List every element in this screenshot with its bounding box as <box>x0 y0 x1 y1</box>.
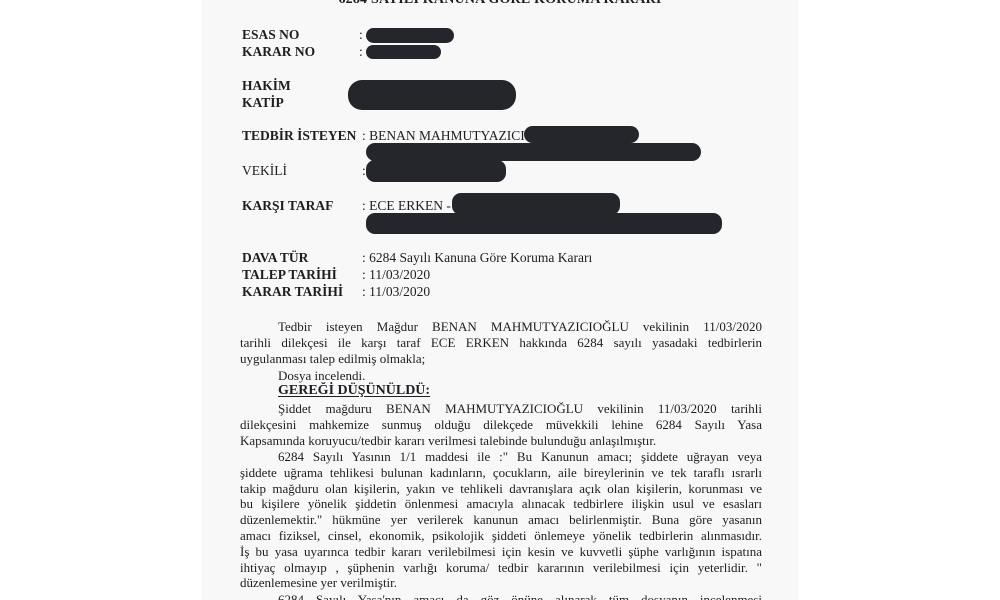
text-line: Kapsamında koruyucu/tedbir kararı verilm… <box>240 433 762 449</box>
karar-tarihi-text: 11/03/2020 <box>369 284 430 299</box>
text-line: ihtiyaç olmayıp , şüphenin varlığı korum… <box>240 560 762 576</box>
label-karsi-taraf: KARŞI TARAF <box>242 198 333 214</box>
label-katip: KATİP <box>242 95 284 111</box>
text-line: düzenlemektir." hükmüne yer verilerek ka… <box>240 512 762 528</box>
value-dava-tur: : 6284 Sayılı Kanuna Göre Koruma Kararı <box>362 250 592 266</box>
label-tedbir-isteyen: TEDBİR İSTEYEN <box>242 128 356 144</box>
redaction-esas-no <box>366 28 454 43</box>
document-page: 6284 SAYILI KANUNA GÖRE KORUMA KARARI ES… <box>202 0 798 600</box>
redaction-karsi-taraf-2 <box>366 213 722 234</box>
text-line: İş bu yasa uyarınca tedbir kararı verile… <box>240 544 762 560</box>
redaction-karsi-taraf-1 <box>452 193 620 215</box>
text-line: tarihli dilekçesi ile karşı taraf ECE ER… <box>240 335 762 351</box>
label-karar-tarihi: KARAR TARİHİ <box>242 284 343 300</box>
paragraph-partial: 6284 Sayılı Yasa'nın amacı da göz önüne … <box>240 592 762 600</box>
label-hakim: HAKİM <box>242 78 291 94</box>
paragraph-request: Tedbir isteyen Mağdur BENAN MAHMUTYAZICI… <box>240 319 762 366</box>
value-karsi-taraf: : ECE ERKEN - <box>362 198 451 214</box>
label-dava-tur: DAVA TÜR <box>242 250 308 266</box>
karsi-taraf-name: ECE ERKEN - <box>369 198 451 213</box>
label-karar-no: KARAR NO <box>242 44 315 60</box>
redaction-vekili <box>366 160 506 182</box>
dava-tur-text: 6284 Sayılı Kanuna Göre Koruma Kararı <box>369 250 592 265</box>
label-vekili: VEKİLİ <box>242 163 287 179</box>
text-line: 6284 Sayılı Yasa'nın amacı da göz önüne … <box>240 592 762 600</box>
value-karar-tarihi: : 11/03/2020 <box>362 284 430 300</box>
karar-no-separator: : <box>359 44 363 60</box>
value-talep-tarihi: : 11/03/2020 <box>362 267 430 283</box>
esas-no-separator: : <box>359 27 363 43</box>
text-line: Tedbir isteyen Mağdur BENAN MAHMUTYAZICI… <box>240 319 762 335</box>
paragraph-law-purpose: 6284 Sayılı Yasının 1/1 maddesi ile :" B… <box>240 449 762 591</box>
talep-tarihi-text: 11/03/2020 <box>369 267 430 282</box>
text-line: bu kişilere yönelik şiddetin önlenmesi a… <box>240 496 762 512</box>
text-line: şiddete uğrama tehlikesi bulunan kadınla… <box>240 465 762 481</box>
paragraph-victim-request: Şiddet mağduru BENAN MAHMUTYAZICIOĞLU ve… <box>240 401 762 448</box>
paragraph-dosya-incelendi: Dosya incelendi. <box>278 368 365 384</box>
text-line: uygulanması talep edilmiş olmakla; <box>240 351 762 367</box>
section-heading: GEREĞİ DÜŞÜNÜLDÜ: <box>278 383 430 399</box>
text-line: düzenlemesine yer verilmiştir. <box>240 575 762 591</box>
redaction-tedbir-isteyen-2 <box>366 143 701 161</box>
label-talep-tarihi: TALEP TARİHİ <box>242 267 337 283</box>
text-line: dilekçesini mahkemize sunmuş olduğu dile… <box>240 417 762 433</box>
text-line: Şiddet mağduru BENAN MAHMUTYAZICIOĞLU ve… <box>240 401 762 417</box>
text-line: 6284 Sayılı Yasının 1/1 maddesi ile :" B… <box>240 449 762 465</box>
text-line: amacı fiziksel, cinsel, ekonomik, psikol… <box>240 528 762 544</box>
redaction-karar-no <box>366 45 441 59</box>
text-line: takip mağduru olan kişilerin, yakın ve t… <box>240 481 762 497</box>
redaction-hakim-katip <box>348 80 516 110</box>
label-esas-no: ESAS NO <box>242 27 299 43</box>
document-title: 6284 SAYILI KANUNA GÖRE KORUMA KARARI <box>202 0 798 8</box>
redaction-tedbir-isteyen-1 <box>524 126 639 143</box>
